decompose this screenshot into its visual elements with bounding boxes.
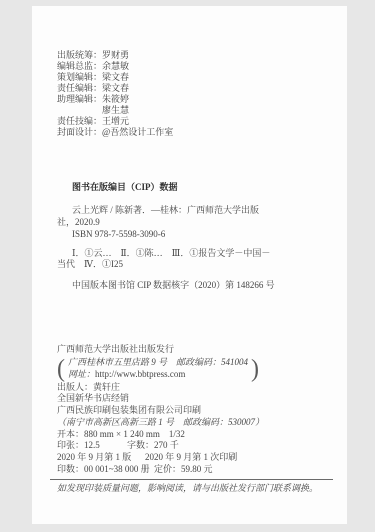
cip-class-line2: 当代 Ⅳ．①I25 <box>57 259 327 271</box>
staff-role: 责任编辑： <box>57 83 102 94</box>
publishing-block: 广西师范大学出版社出版发行 ( 广西桂林市五里店路 9 号 邮政编码：54100… <box>32 344 347 494</box>
sheets-words-line: 印张：12.5 字数：270 千 <box>57 440 347 452</box>
staff-name: @吾然设计工作室 <box>102 127 173 138</box>
cip-heading: 图书在版编目（CIP）数据 <box>57 182 327 193</box>
sheets-value: 印张：12.5 <box>57 440 127 452</box>
staff-role: 责任技编： <box>57 116 102 127</box>
cip-class-line1: Ⅰ．①云… Ⅱ．①陈… Ⅲ．①报告文学－中国－ <box>57 248 327 260</box>
publisher-person-line: 出版人：黄轩庄 <box>57 382 347 394</box>
edition-line: 2020 年 9 月第 1 版 2020 年 9 月第 1 次印刷 <box>57 452 347 464</box>
format-line: 开本：880 mm × 1 240 mm 1/32 <box>57 429 347 441</box>
staff-role: 封面设计： <box>57 127 102 138</box>
publisher-website: 网址：http://www.bbtpress.com <box>68 369 248 381</box>
publisher-address: 广西桂林市五里店路 9 号 邮政编码：541004 <box>68 357 248 369</box>
cip-isbn: ISBN 978-7-5598-3090-6 <box>57 229 327 241</box>
staff-row: 出版统筹： 罗财勇 <box>57 50 347 61</box>
staff-name: 罗财勇 <box>102 50 129 61</box>
word-count-value: 字数：270 千 <box>127 440 179 452</box>
staff-row: 责任技编： 王增元 <box>57 116 347 127</box>
staff-role: 助理编辑： <box>57 94 102 105</box>
close-paren: ) <box>251 356 259 381</box>
publisher-line: 广西师范大学出版社出版发行 <box>57 344 347 356</box>
cip-record-number: 中国版本图书馆 CIP 数据核字（2020）第 148266 号 <box>57 280 327 292</box>
cip-title-line1: 云上光辉 / 陈新著．—桂林：广西师范大学出版 <box>57 205 327 217</box>
staff-name: 余慧敏 <box>102 61 129 72</box>
staff-row: 廖生慧 <box>57 105 347 116</box>
printrun-price-line: 印数：00 001~38 000 册 定价：59.80 元 <box>57 464 347 476</box>
staff-row: 助理编辑： 朱筱婷 <box>57 94 347 105</box>
open-paren: ( <box>57 356 65 381</box>
staff-name: 朱筱婷 <box>102 94 129 105</box>
staff-name: 梁文春 <box>102 72 129 83</box>
printer-address-line: （南宁市高新区高新三路 1 号 邮政编码：530007） <box>57 417 347 429</box>
staff-row: 封面设计： @吾然设计工作室 <box>57 127 347 138</box>
publisher-address-lines: 广西桂林市五里店路 9 号 邮政编码：541004 网址：http://www.… <box>65 357 251 380</box>
impression-value: 2020 年 9 月第 1 次印刷 <box>145 452 237 464</box>
price-value: 定价：59.80 元 <box>154 464 213 476</box>
staff-role <box>57 105 102 116</box>
staff-name: 廖生慧 <box>102 105 129 116</box>
copyright-page: 出版统筹： 罗财勇 编辑总监： 余慧敏 策划编辑： 梁文春 责任编辑： 梁文春 … <box>32 6 347 524</box>
staff-row: 策划编辑： 梁文春 <box>57 72 347 83</box>
cip-title-line2: 社，2020.9 <box>57 217 327 229</box>
divider-rule <box>50 479 333 480</box>
website-url: http://www.bbtpress.com <box>95 369 185 379</box>
distribution-line: 全国新华书店经销 <box>57 393 347 405</box>
edition-value: 2020 年 9 月第 1 版 <box>57 452 145 464</box>
staff-credits: 出版统筹： 罗财勇 编辑总监： 余慧敏 策划编辑： 梁文春 责任编辑： 梁文春 … <box>32 6 347 138</box>
printer-line: 广西民族印刷包装集团有限公司印刷 <box>57 405 347 417</box>
print-run-value: 印数：00 001~38 000 册 <box>57 464 154 476</box>
cip-classification: Ⅰ．①云… Ⅱ．①陈… Ⅲ．①报告文学－中国－ 当代 Ⅳ．①I25 <box>57 248 327 271</box>
cip-title-entry: 云上光辉 / 陈新著．—桂林：广西师范大学出版 社，2020.9 ISBN 97… <box>57 205 327 241</box>
staff-role: 出版统筹： <box>57 50 102 61</box>
staff-role: 策划编辑： <box>57 72 102 83</box>
cip-block: 图书在版编目（CIP）数据 云上光辉 / 陈新著．—桂林：广西师范大学出版 社，… <box>32 182 347 291</box>
website-label: 网址： <box>68 369 95 379</box>
staff-role: 编辑总监： <box>57 61 102 72</box>
staff-row: 编辑总监： 余慧敏 <box>57 61 347 72</box>
quality-notice: 如发现印装质量问题，影响阅读，请与出版社发行部门联系调换。 <box>57 482 347 494</box>
publisher-address-group: ( 广西桂林市五里店路 9 号 邮政编码：541004 网址：http://ww… <box>57 357 347 381</box>
staff-name: 王增元 <box>102 116 129 127</box>
staff-row: 责任编辑： 梁文春 <box>57 83 347 94</box>
staff-name: 梁文春 <box>102 83 129 94</box>
